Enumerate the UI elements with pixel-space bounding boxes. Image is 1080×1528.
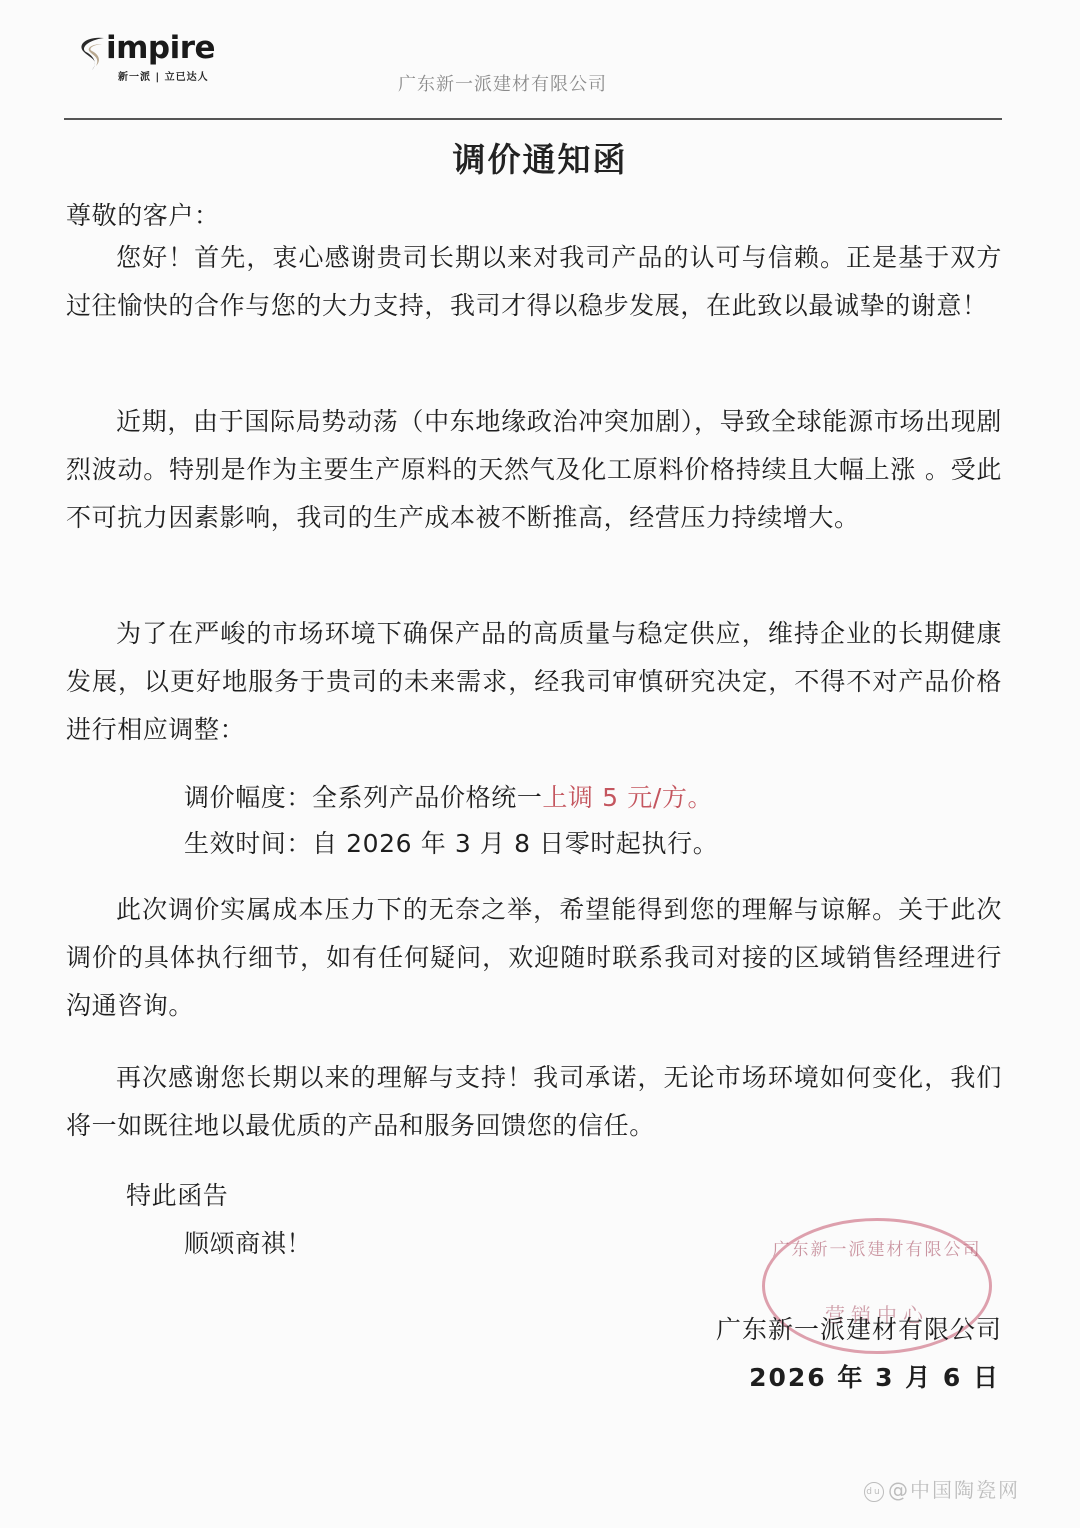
paragraph-closing-thanks: 再次感谢您长期以来的理解与支持！我司承诺，无论市场环境如何变化，我们将一如既往地… bbox=[66, 1054, 1002, 1150]
paragraph-thanks: 您好！首先，衷心感谢贵司长期以来对我司产品的认可与信赖。正是基于双方过往愉快的合… bbox=[66, 234, 1002, 330]
paragraph-contact: 此次调价实属成本压力下的无奈之举，希望能得到您的理解与谅解。关于此次调价的具体执… bbox=[66, 886, 1002, 1030]
effective-time: 生效时间：自 2026 年 3 月 8 日零时起执行。 bbox=[184, 820, 718, 868]
closing-regards: 顺颂商祺！ bbox=[184, 1220, 312, 1268]
baidu-paw-icon: du bbox=[864, 1482, 884, 1502]
signature-company: 广东新一派建材有限公司 bbox=[716, 1306, 1002, 1354]
swoosh-icon bbox=[74, 34, 108, 74]
seal-ring-text: 广东新一派建材有限公司 bbox=[765, 1235, 989, 1260]
header-divider bbox=[64, 118, 1002, 120]
source-watermark: du@中国陶瓷网 bbox=[864, 1474, 1020, 1503]
effective-label: 生效时间： bbox=[184, 829, 312, 858]
range-highlight: 上调 5 元/方。 bbox=[542, 783, 713, 812]
logo-subtitle: 新一派 | 立已达人 bbox=[118, 68, 209, 83]
range-text: 全系列产品价格统一 bbox=[312, 783, 542, 812]
salutation: 尊敬的客户： bbox=[66, 192, 220, 240]
price-adjustment-range: 调价幅度：全系列产品价格统一上调 5 元/方。 bbox=[184, 774, 713, 822]
range-label: 调价幅度： bbox=[184, 783, 312, 812]
watermark-text: @中国陶瓷网 bbox=[888, 1478, 1020, 1502]
paragraph-reason: 近期，由于国际局势动荡（中东地缘政治冲突加剧），导致全球能源市场出现剧烈波动。特… bbox=[66, 398, 1002, 542]
letterhead-company: 广东新一派建材有限公司 bbox=[398, 70, 607, 96]
paragraph-decision: 为了在严峻的市场环境下确保产品的高质量与稳定供应，维持企业的长期健康发展，以更好… bbox=[66, 610, 1002, 754]
signature-date: 2026 年 3 月 6 日 bbox=[749, 1354, 1000, 1402]
closing-notice: 特此函告 bbox=[126, 1172, 228, 1220]
letter-title: 调价通知函 bbox=[0, 134, 1080, 181]
effective-text: 自 2026 年 3 月 8 日零时起执行。 bbox=[312, 829, 718, 858]
letter-page: impire 新一派 | 立已达人 广东新一派建材有限公司 调价通知函 尊敬的客… bbox=[0, 0, 1080, 1528]
company-logo: impire 新一派 | 立已达人 bbox=[74, 30, 244, 86]
logo-wordmark: impire bbox=[106, 30, 215, 66]
